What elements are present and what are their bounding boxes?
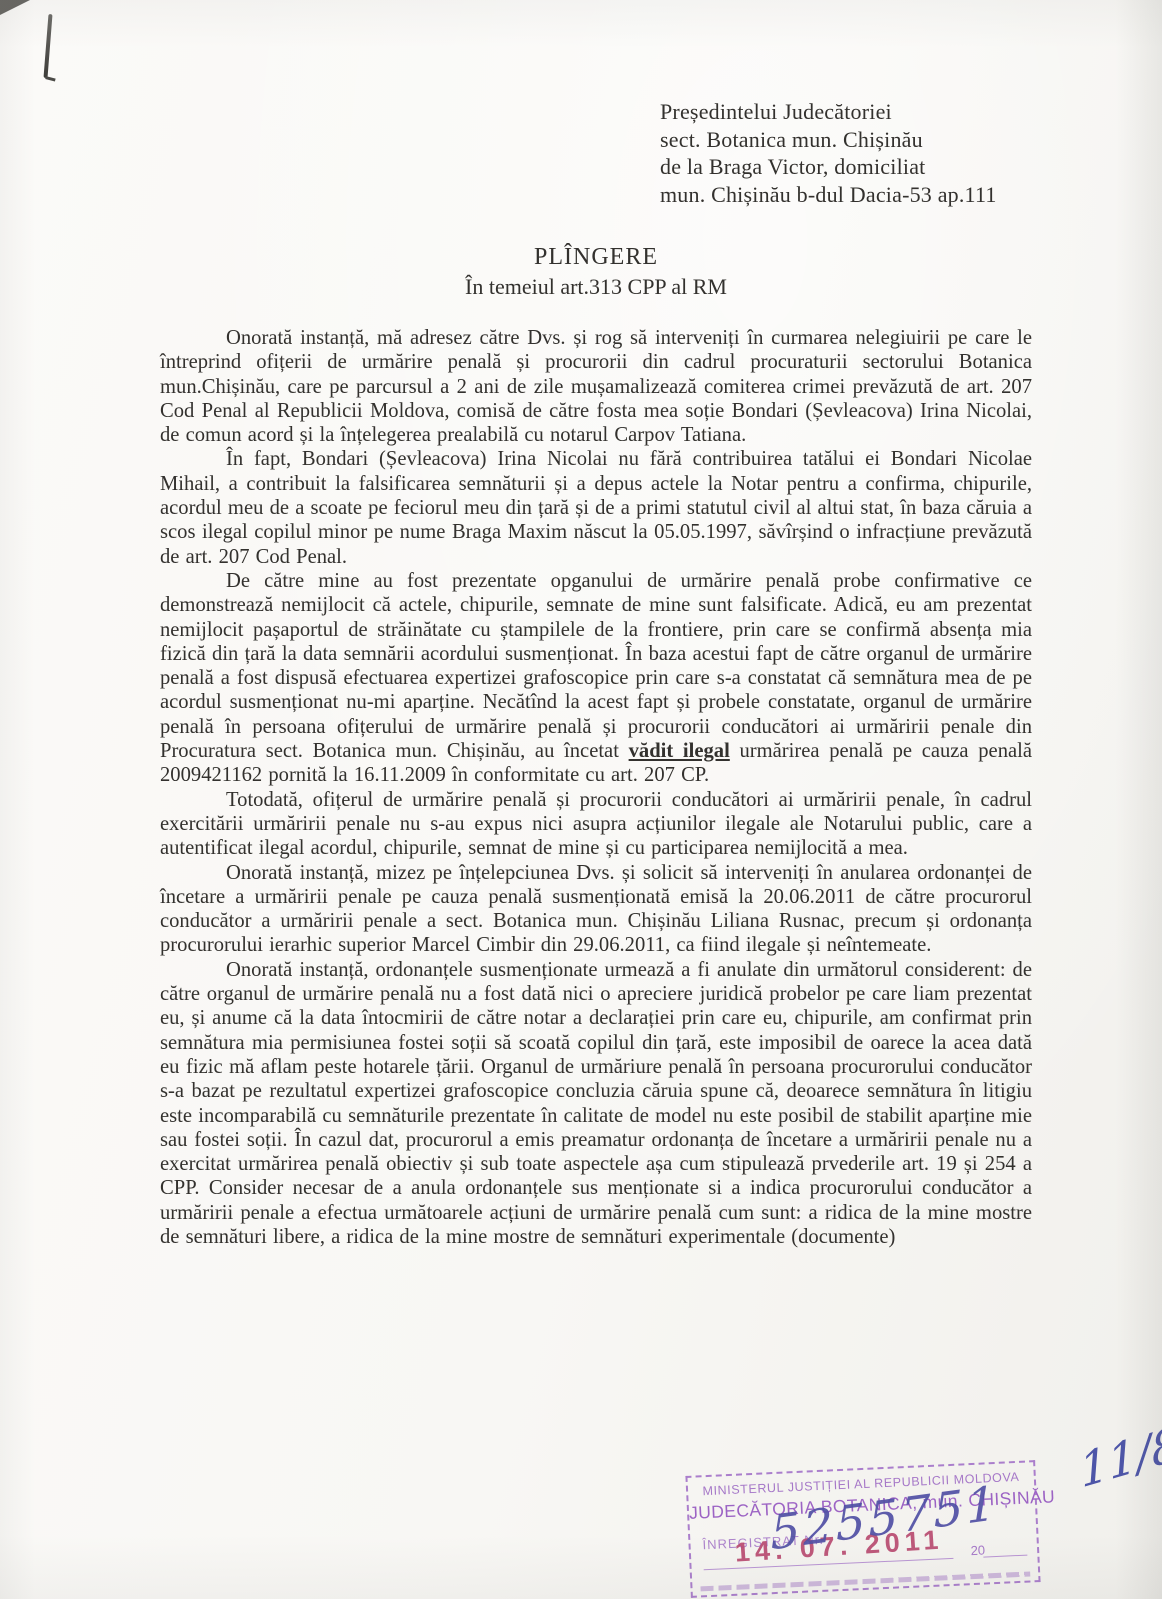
scanned-document-page: Președintelui Judecătoriei sect. Botanic… <box>0 0 1162 1599</box>
recipient-block: Președintelui Judecătoriei sect. Botanic… <box>660 98 997 208</box>
recipient-line: Președintelui Judecătoriei <box>660 98 997 126</box>
paragraph-3: De către mine au fost prezentate opganul… <box>160 569 1032 788</box>
recipient-line: de la Braga Victor, domiciliat <box>660 153 997 181</box>
stamp-illegible-footer-text <box>700 1571 1030 1591</box>
staple-mark <box>43 14 52 78</box>
handwritten-note: 11/8 <box>1077 1415 1162 1498</box>
paragraph-6: Onorată instanță, ordonanțele susmențion… <box>160 958 1032 1250</box>
court-registration-stamp: MINISTERUL JUSTIȚIEI AL REPUBLICII MOLDO… <box>685 1460 1040 1598</box>
document-subtitle: În temeiul art.313 CPP al RM <box>160 274 1032 300</box>
document-title: PLÎNGERE <box>160 244 1032 271</box>
paragraph-2: În fapt, Bondari (Șevleacova) Irina Nico… <box>160 447 1032 568</box>
paragraph-4: Totodată, ofițerul de urmărire penală și… <box>160 788 1032 861</box>
paragraph-1: Onorată instanță, mă adresez către Dvs. … <box>160 326 1032 447</box>
paragraph-3-text-before: De către mine au fost prezentate opganul… <box>160 570 1032 762</box>
page-corner-shadow <box>0 0 30 15</box>
stamp-year-line <box>983 1555 1027 1558</box>
paragraph-5: Onorată instanță, mizez pe înțelepciunea… <box>160 861 1032 958</box>
recipient-line: mun. Chișinău b-dul Dacia-53 ap.111 <box>660 181 997 209</box>
emphasized-text: vădit ilegal <box>629 740 730 762</box>
document-body: Onorată instanță, mă adresez către Dvs. … <box>160 326 1032 1249</box>
recipient-line: sect. Botanica mun. Chișinău <box>660 126 997 154</box>
